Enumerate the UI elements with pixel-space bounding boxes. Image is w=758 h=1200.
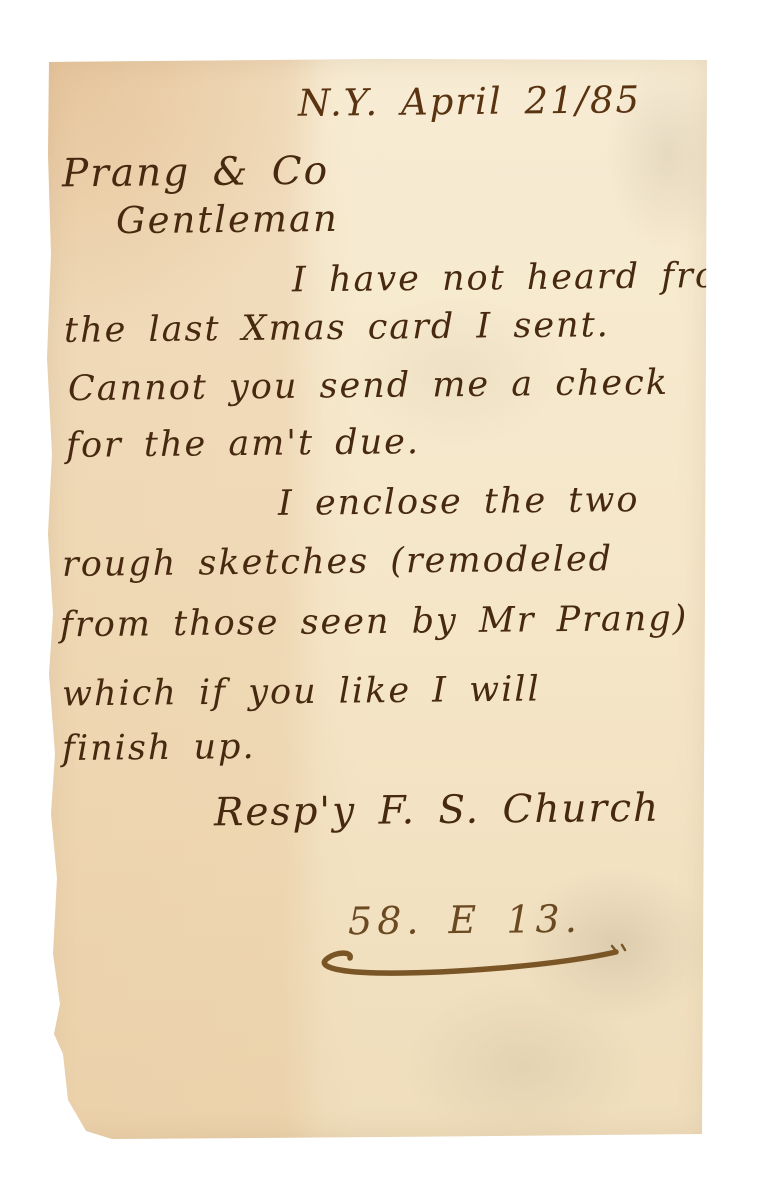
body-line: Cannot you send me a check <box>68 363 669 409</box>
body-line: which if you like I will <box>62 669 541 714</box>
body-line: I have not heard from <box>292 256 754 301</box>
recipient-line: Prang & Co <box>62 149 330 197</box>
body-line: finish up. <box>62 727 256 769</box>
salutation-line: Gentleman <box>116 197 339 242</box>
signature-line: Resp'y F. S. Church <box>214 786 661 836</box>
body-line: from those seen by Mr Prang) <box>60 599 689 646</box>
scan-background: N.Y. April 21/85 Prang & Co Gentleman I … <box>0 0 758 1200</box>
address-line: 58. E 13. <box>348 897 582 943</box>
dateline: N.Y. April 21/85 <box>298 78 642 125</box>
letter-paper: N.Y. April 21/85 Prang & Co Gentleman I … <box>46 58 708 1140</box>
body-line: I enclose the two <box>278 480 640 524</box>
address-underline-flourish <box>294 942 630 988</box>
body-line: the last Xmas card I sent. <box>64 305 610 351</box>
body-line: for the am't due. <box>66 422 420 466</box>
body-line: rough sketches (remodeled <box>62 539 613 585</box>
